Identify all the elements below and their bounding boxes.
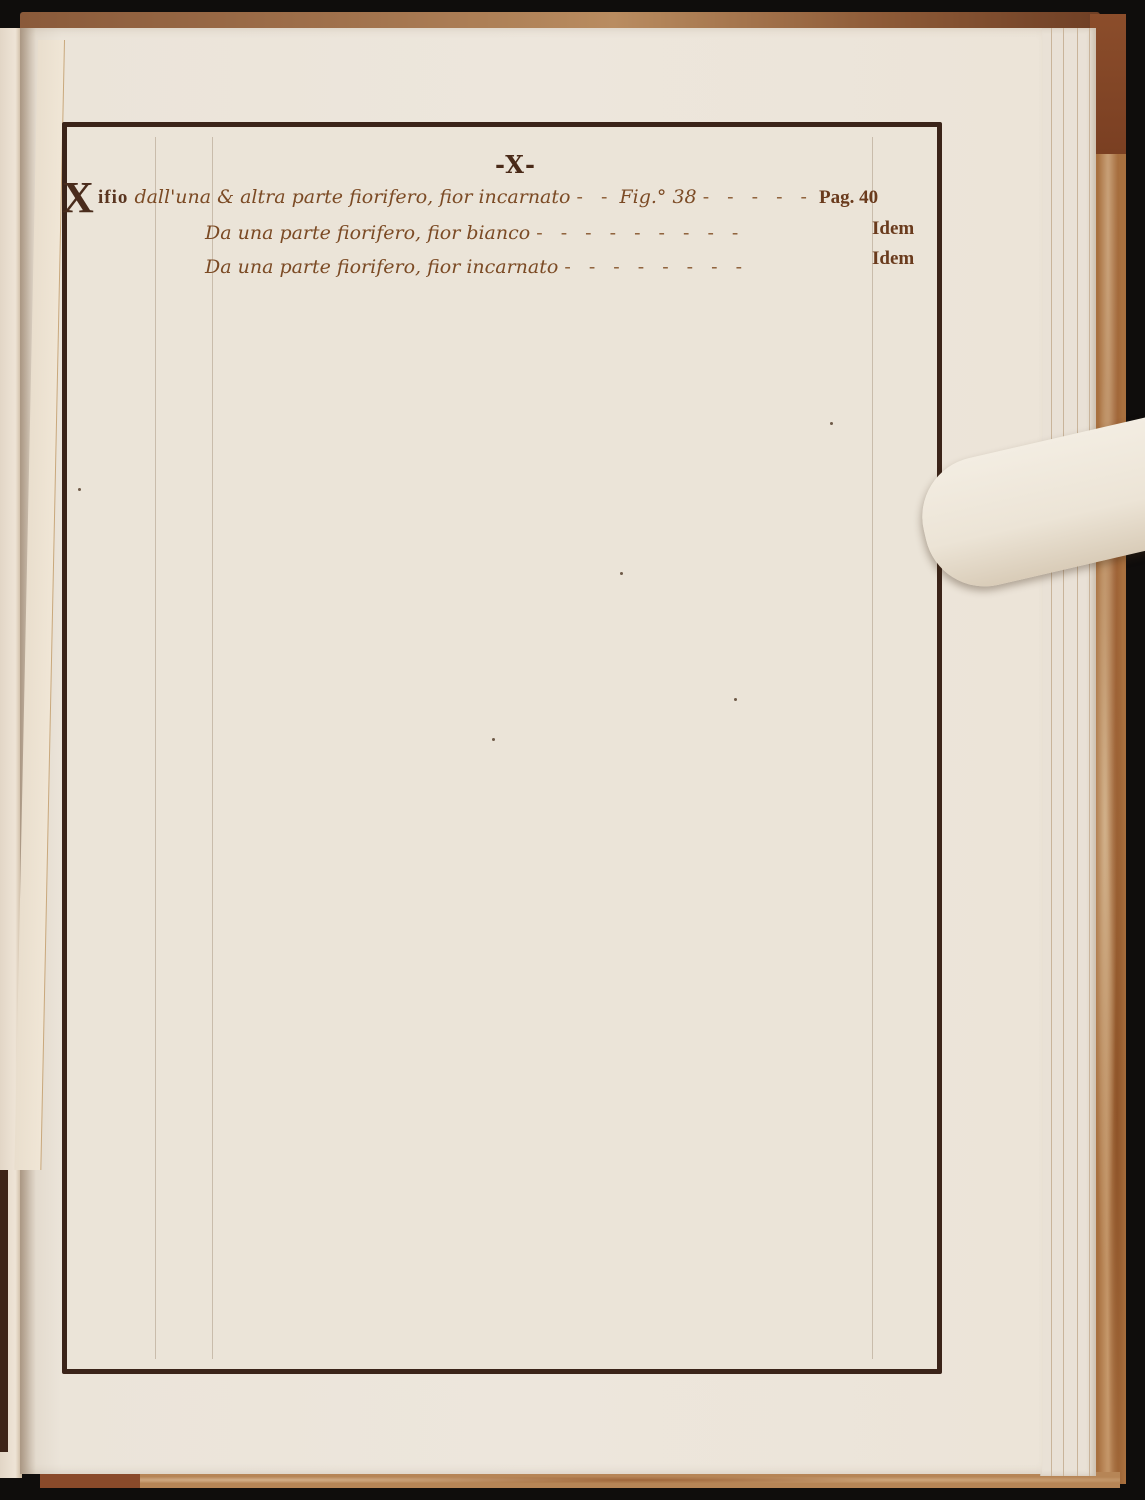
paper-speck (492, 738, 495, 741)
facing-page-frame-fragment (0, 1170, 8, 1452)
entry-name: ifio (98, 187, 128, 208)
ink-ruled-frame (62, 122, 942, 1374)
entry-description: Da una parte fiorifero, fior bianco (205, 222, 530, 244)
leader-dashes: - - - - - (703, 186, 813, 208)
leader-dashes: - - - - - - - - - (536, 222, 744, 244)
pencil-rule-line (872, 137, 873, 1359)
page-reference: Pag. 40 (819, 187, 878, 208)
page-reference: Idem (872, 218, 914, 240)
figure-reference: Fig.° 38 (619, 186, 696, 208)
index-entry-3: Da una parte fiorifero, fior incarnato -… (205, 256, 748, 278)
leader-dashes: - - (577, 186, 614, 208)
index-entry-1: ifio dall'una & altra parte fiorifero, f… (98, 186, 878, 209)
entry-description: dall'una & altra parte fiorifero, fior i… (134, 186, 570, 208)
paper-speck (620, 572, 623, 575)
page-reference: Idem (872, 248, 914, 270)
pencil-rule-line (155, 137, 156, 1359)
pencil-rule-line (212, 137, 213, 1359)
page-edge-line (1063, 28, 1064, 1476)
paper-speck (734, 698, 737, 701)
book-cover-bottom-edge (40, 1472, 1120, 1488)
book-cover-marbled-board (1096, 14, 1126, 1484)
section-heading: -X- (495, 150, 537, 179)
drop-initial: X (62, 176, 94, 220)
page-edge-line (1077, 28, 1078, 1476)
page-edge-line (1089, 28, 1090, 1476)
paper-speck (78, 488, 81, 491)
leader-dashes: - - - - - - - - (564, 256, 748, 278)
index-entry-2: Da una parte fiorifero, fior bianco - - … (205, 222, 744, 244)
paper-speck (830, 422, 833, 425)
page-stack-edge (1040, 28, 1096, 1476)
page-edge-line (1051, 28, 1052, 1476)
entry-description: Da una parte fiorifero, fior incarnato (205, 256, 558, 278)
